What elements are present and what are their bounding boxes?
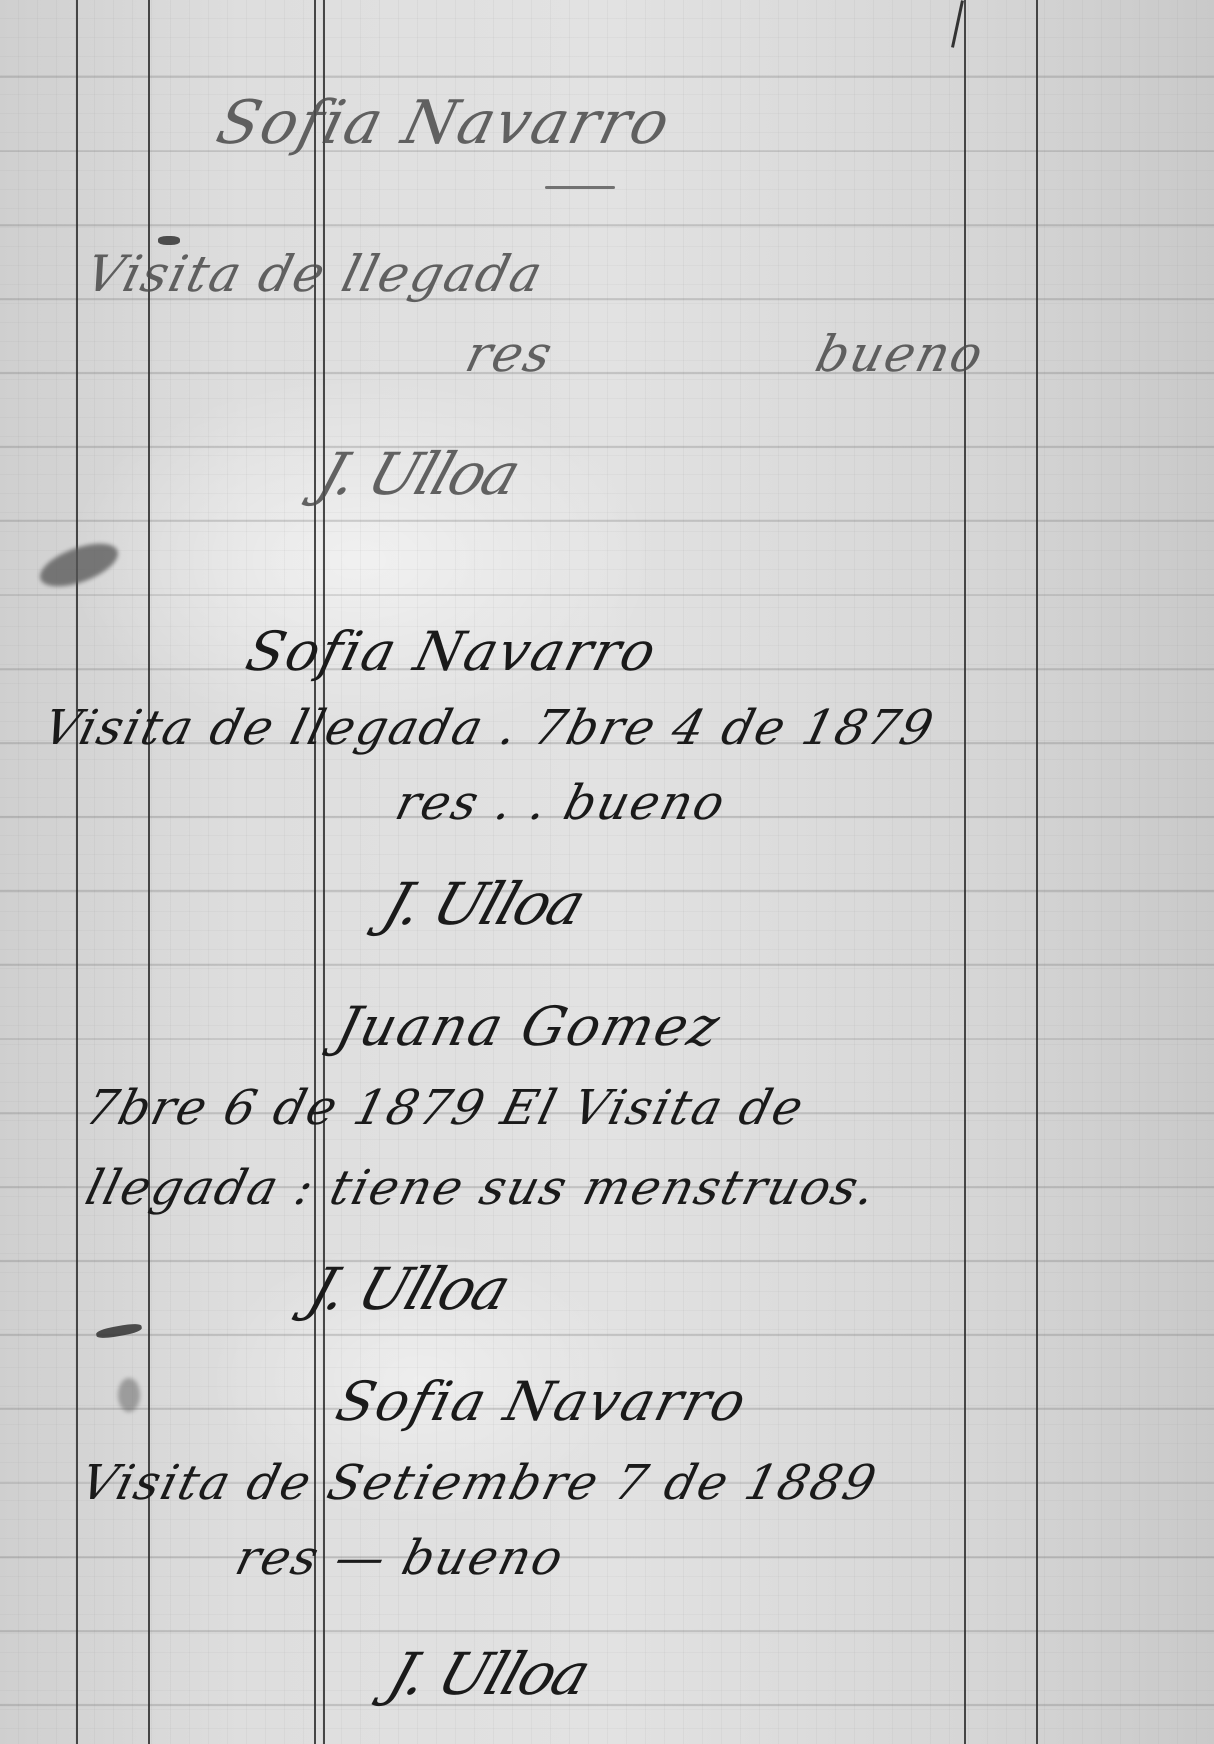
paper-hole-1 (158, 236, 180, 245)
entry-4-line-2: res — bueno (230, 1530, 570, 1586)
ink-stain (118, 1378, 140, 1412)
entry-2-line-1: Visita de llegada . 7bre 4 de 1879 (38, 700, 940, 756)
entry-1-line-1: Visita de llegada (80, 245, 550, 303)
entry-1-line-2: res (460, 325, 560, 383)
entry-2-name: Sofia Navarro (240, 620, 664, 683)
entry-3-line-1: 7bre 6 de 1879 El Visita de (80, 1080, 811, 1136)
entry-1-line-3: bueno (810, 325, 991, 383)
entry-3-signature: J. Ulloa (300, 1255, 517, 1323)
ledger-page: 1 Sofia Navarro Visita de llegada res bu… (0, 0, 1214, 1744)
column-rule-right-b (1036, 0, 1038, 1744)
entry-4-signature: J. Ulloa (380, 1640, 597, 1708)
entry-4-line-1: Visita de Setiembre 7 de 1889 (75, 1455, 883, 1511)
entry-2-line-2: res . . bueno (390, 775, 732, 831)
entry-2-signature: J. Ulloa (375, 870, 592, 938)
margin-rule-1 (76, 0, 78, 1744)
entry-3-line-2: llegada : tiene sus menstruos. (80, 1160, 883, 1216)
entry-4-name: Sofia Navarro (330, 1370, 754, 1433)
entry-3-name: Juana Gomez (330, 995, 728, 1058)
column-rule-right-a (964, 0, 966, 1744)
entry-1-signature: J. Ulloa (310, 440, 527, 508)
entry-1-name: Sofia Navarro (210, 88, 678, 158)
entry-1-name-underline (545, 186, 615, 189)
